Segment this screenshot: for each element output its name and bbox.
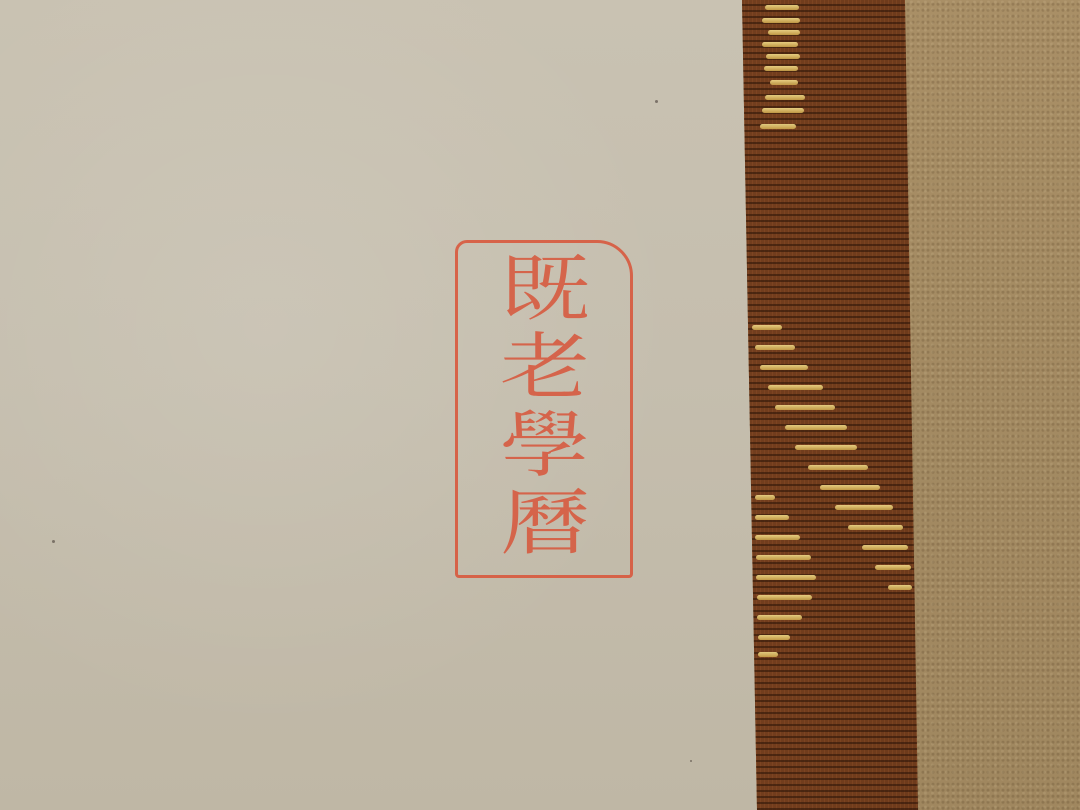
gold-thread [758, 635, 790, 640]
gold-thread [755, 515, 789, 520]
gold-thread [760, 365, 808, 370]
seal-char: 曆 [500, 484, 590, 562]
gold-thread [808, 465, 868, 470]
gold-thread [795, 445, 857, 450]
gold-thread [762, 108, 804, 113]
paper-speck [655, 100, 658, 103]
gold-thread [875, 565, 911, 570]
paper-speck [690, 760, 692, 762]
gold-thread [775, 405, 835, 410]
gold-thread [755, 345, 795, 350]
gold-thread [835, 505, 893, 510]
gold-thread [764, 66, 798, 71]
gold-thread [756, 575, 816, 580]
gold-thread [888, 585, 912, 590]
gold-thread [770, 80, 798, 85]
gold-thread [758, 652, 778, 657]
gold-thread [757, 615, 802, 620]
gold-thread [762, 42, 798, 47]
paper-speck [52, 540, 55, 543]
seal-impression: 既 老 學 曆 [470, 250, 620, 562]
gold-thread [760, 124, 796, 129]
seal-char: 既 [500, 250, 590, 328]
gold-thread [768, 385, 823, 390]
gold-thread [756, 555, 811, 560]
scroll-paper [0, 0, 760, 810]
seal-char: 學 [500, 406, 590, 484]
gold-thread [785, 425, 847, 430]
gold-thread [768, 30, 800, 35]
gold-thread [757, 595, 812, 600]
seal-char: 老 [500, 328, 590, 406]
gold-thread [848, 525, 903, 530]
gold-thread [755, 495, 775, 500]
gold-thread [765, 5, 799, 10]
gold-thread [762, 18, 800, 23]
gold-thread [755, 535, 800, 540]
gold-thread [862, 545, 908, 550]
gold-thread [820, 485, 880, 490]
gold-thread [766, 54, 800, 59]
gold-thread [752, 325, 782, 330]
gold-thread [765, 95, 805, 100]
